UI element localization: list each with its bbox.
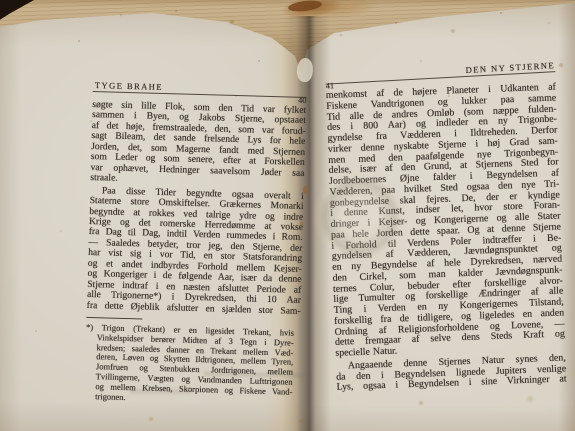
right-page-body: menkomst af de højere Planeter i Udkante… xyxy=(326,83,567,394)
paragraph: Paa disse Tider begyndte ogsaa overalt i… xyxy=(87,186,304,317)
paragraph: søgte sin lille Flok, som den Tid var fy… xyxy=(90,100,306,190)
paragraph: menkomst af de højere Planeter i Udkante… xyxy=(326,83,566,360)
page-number-right: 41 xyxy=(326,81,335,90)
page-number-left: 40 xyxy=(298,96,307,105)
footnote: *) Trigon (Trekant) er en ligesidet Trek… xyxy=(84,323,294,407)
left-page-body: søgte sin lille Flok, som den Tid var fy… xyxy=(87,100,307,317)
left-page-text: TYGE BRAHE 40 søgte sin lille Flok, som … xyxy=(84,80,307,407)
open-book-photo: TYGE BRAHE 40 søgte sin lille Flok, som … xyxy=(0,0,575,431)
paragraph: *) Trigon (Trekant) er en ligesidet Trek… xyxy=(84,323,294,407)
footnote-rule xyxy=(86,317,142,320)
right-page-text: 41 DEN NY STJERNE menkomst af de højere … xyxy=(325,62,567,394)
running-header-title: TYGE BRAHE xyxy=(95,80,163,92)
